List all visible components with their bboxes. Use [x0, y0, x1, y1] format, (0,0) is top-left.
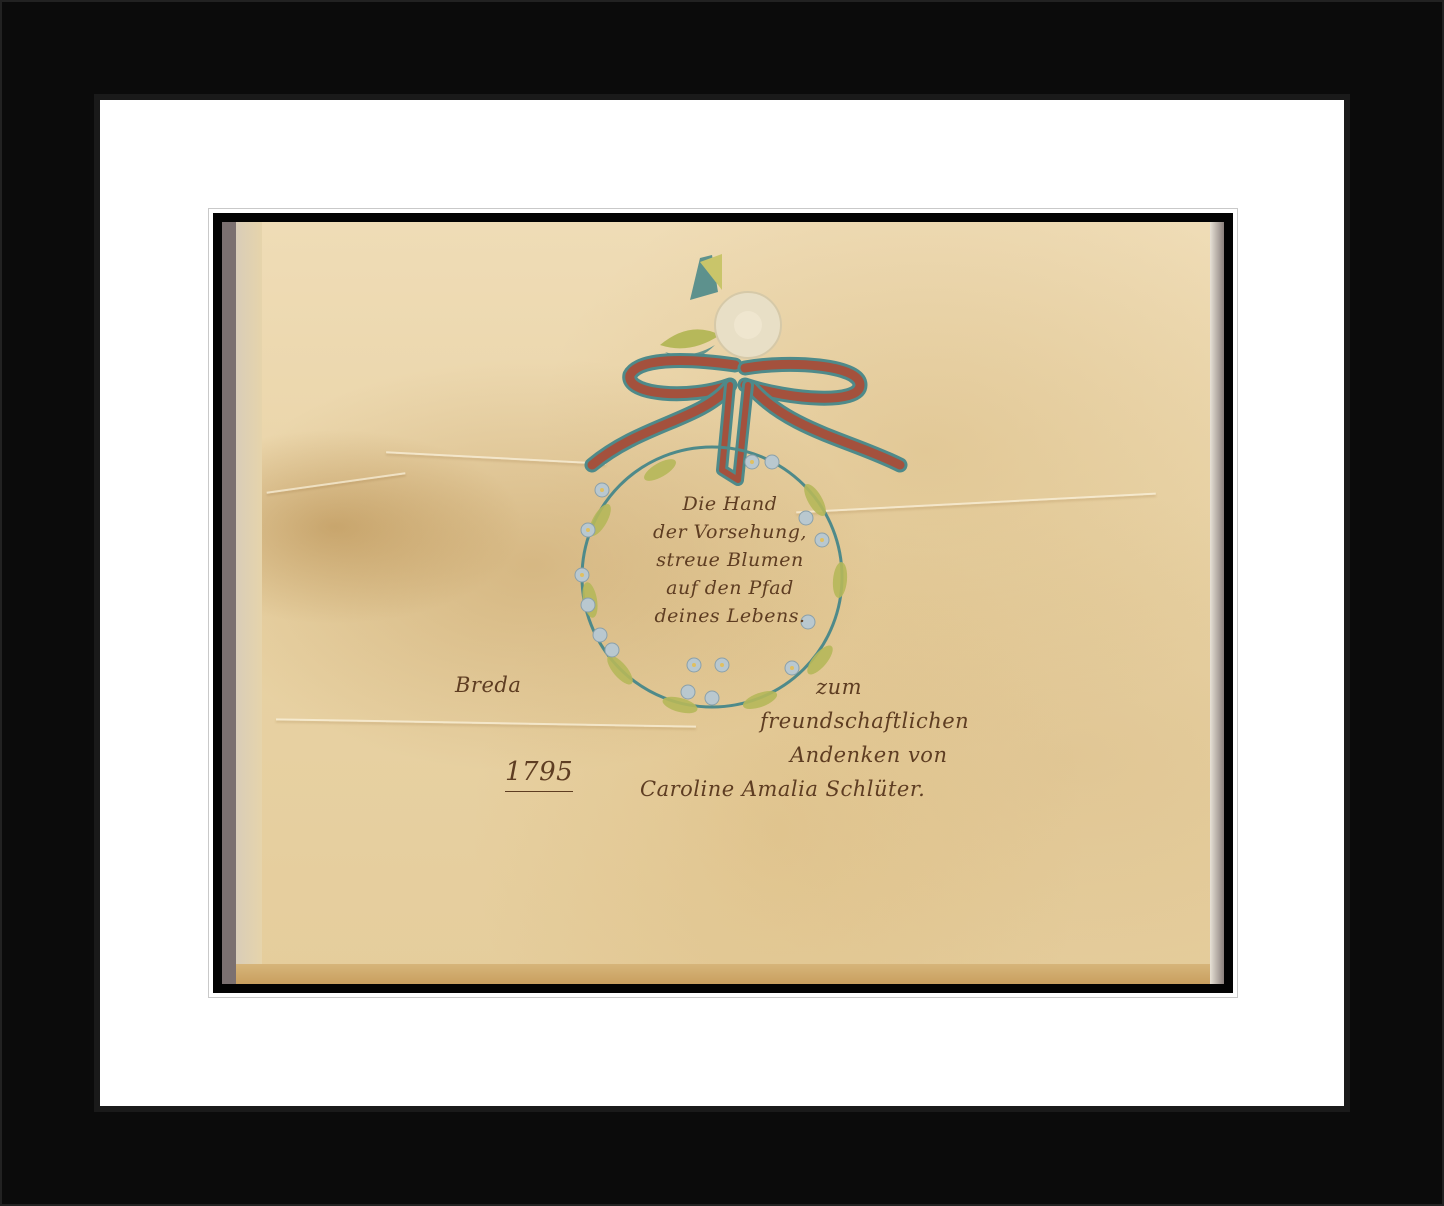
inscription-line: deines Lebens. — [620, 602, 840, 630]
wreath-inscription: Die Hand der Vorsehung, streue Blumen au… — [620, 490, 840, 630]
year: 1795 — [505, 757, 573, 792]
inscription-line: der Vorsehung, — [620, 518, 840, 546]
dedication-line: Andenken von — [640, 738, 1000, 772]
inscription-line: streue Blumen — [620, 546, 840, 574]
flower-icon — [660, 254, 781, 360]
dedication: zum freundschaftlichen Andenken von Caro… — [640, 670, 1000, 806]
dedication-line: zum — [640, 670, 1000, 704]
inscription-line: Die Hand — [620, 490, 840, 518]
inscription-line: auf den Pfad — [620, 574, 840, 602]
dedication-line: freundschaftlichen — [640, 704, 1000, 738]
place-name: Breda — [455, 673, 521, 697]
dedication-line: Caroline Amalia Schlüter. — [640, 772, 1000, 806]
